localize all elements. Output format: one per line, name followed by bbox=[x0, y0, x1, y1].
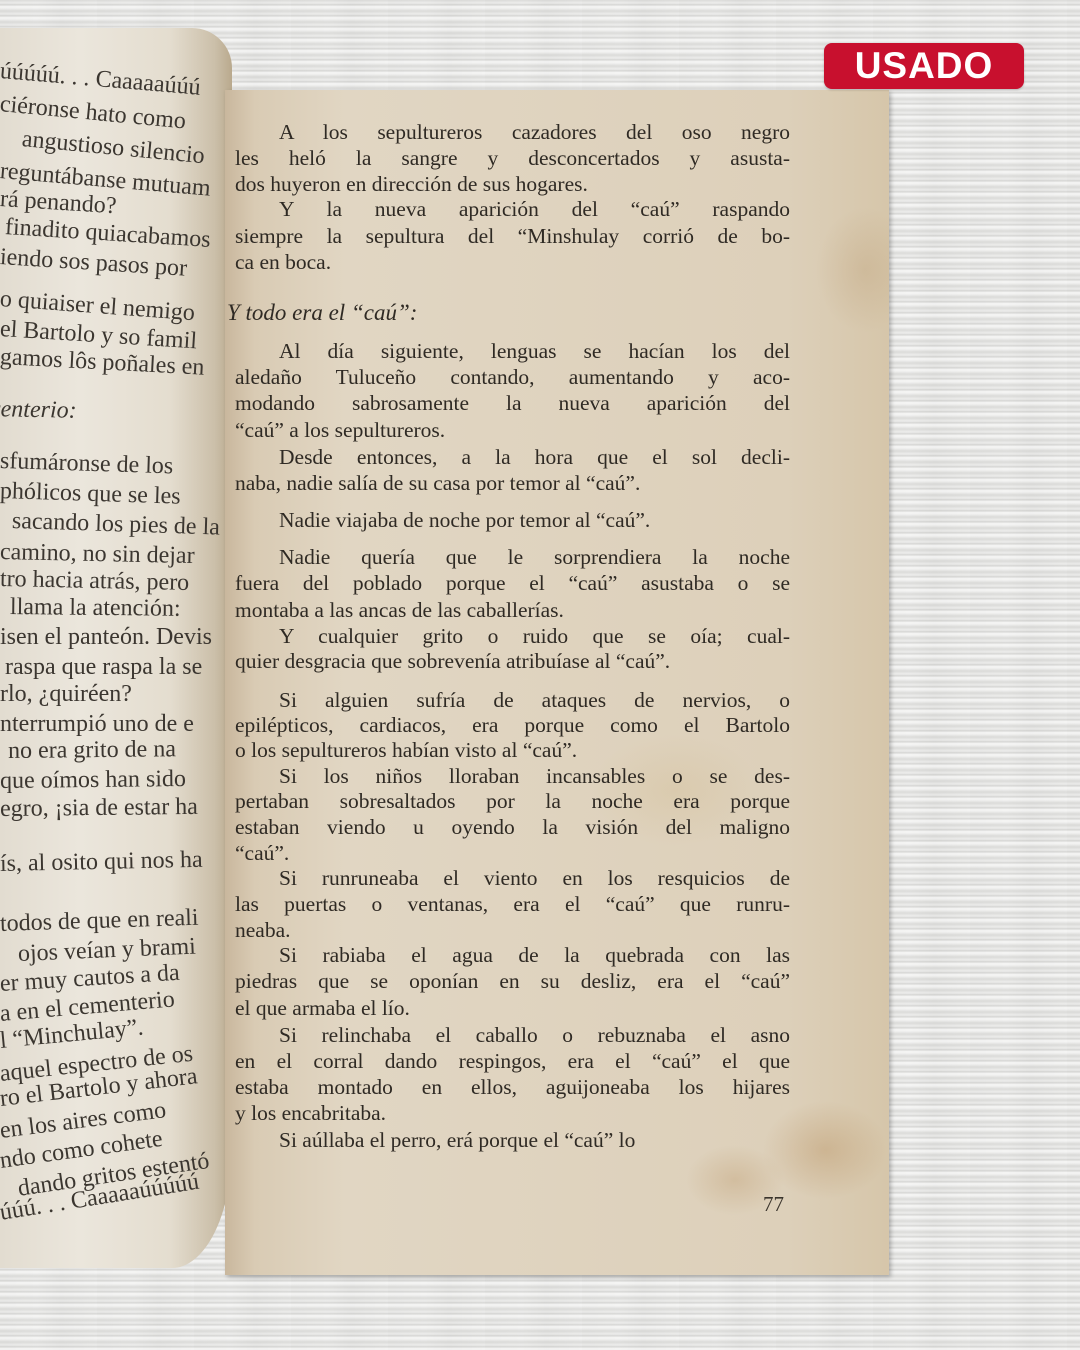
text-line: o los sepultureros habían visto al “caú”… bbox=[235, 738, 790, 764]
left-page-text-line: nterrumpió uno de e bbox=[0, 711, 194, 738]
section-heading: Y todo era el “caú”: bbox=[227, 300, 417, 326]
text-line: modando sabrosamente la nueva aparición … bbox=[235, 391, 790, 417]
text-line: A los sepultureros cazadores del oso neg… bbox=[235, 120, 790, 146]
text-line: fuera del poblado porque el “caú” asusta… bbox=[235, 571, 790, 597]
left-book-page: úúúúú. . . Caaaaaúúúciéronse hato comoan… bbox=[0, 28, 232, 1268]
text-line: naba, nadie salía de su casa por temor a… bbox=[235, 471, 790, 497]
left-page-text-line: isen el panteón. Devis bbox=[0, 624, 212, 651]
text-line: Desde entonces, a la hora que el sol dec… bbox=[235, 445, 790, 471]
left-page-text-line: sacando los pies de la bbox=[12, 508, 221, 542]
left-page-text-line: ís, al osito qui nos ha bbox=[0, 847, 203, 878]
text-line: Si relinchaba el caballo o rebuznaba el … bbox=[235, 1023, 790, 1049]
text-line: Al día siguiente, lenguas se hacían los … bbox=[235, 339, 790, 365]
text-line: les heló la sangre y desconcertados y as… bbox=[235, 146, 790, 172]
text-line: en el corral dando respingos, era el “ca… bbox=[235, 1049, 790, 1075]
text-line: Y cualquier grito o ruido que se oía; cu… bbox=[235, 624, 790, 650]
text-line: Si los niños lloraban incansables o se d… bbox=[235, 764, 790, 790]
left-page-text-line: que oímos han sido bbox=[0, 766, 186, 795]
left-page-text-line: todos de que en reali bbox=[0, 905, 199, 938]
left-page-text-line: rlo, ¿quiréen? bbox=[0, 681, 132, 708]
text-line: pertaban sobresaltados por la noche era … bbox=[235, 789, 790, 815]
text-line: Y la nueva aparición del “caú” raspando bbox=[235, 197, 790, 223]
text-line: Nadie quería que le sorprendiera la noch… bbox=[235, 545, 790, 571]
text-line: dos huyeron en dirección de sus hogares. bbox=[235, 172, 790, 198]
left-page-text-line: phólicos que se les bbox=[0, 478, 181, 511]
left-page-text-line: tro hacia atrás, pero bbox=[0, 566, 189, 597]
text-line: siempre la sepultura del “Minshulay corr… bbox=[235, 224, 790, 250]
text-line: estaba montado en ellos, aguijoneaba los… bbox=[235, 1075, 790, 1101]
text-line: Si aúllaba el perro, erá porque el “caú”… bbox=[235, 1128, 790, 1154]
text-line: “caú”. bbox=[235, 841, 790, 867]
text-line: Si runruneaba el viento en los resquicio… bbox=[235, 866, 790, 892]
text-line: Nadie viajaba de noche por temor al “caú… bbox=[235, 508, 790, 534]
left-page-text-line: raspa que raspa la se bbox=[5, 654, 202, 681]
left-page-text-line: camino, no sin dejar bbox=[0, 539, 195, 570]
text-line: aledaño Tuluceño contando, aumentando y … bbox=[235, 365, 790, 391]
text-line: el que armaba el lío. bbox=[235, 996, 790, 1022]
text-line: “caú” a los sepultureros. bbox=[235, 418, 790, 444]
text-line: neaba. bbox=[235, 918, 790, 944]
text-line: las puertas o ventanas, era el “caú” que… bbox=[235, 892, 790, 918]
text-line: montaba a las ancas de las caballerías. bbox=[235, 598, 790, 624]
left-page-text-line: egro, ¡sia de estar ha bbox=[0, 794, 198, 823]
text-line: Si rabiaba el agua de la quebrada con la… bbox=[235, 943, 790, 969]
text-line: ca en boca. bbox=[235, 250, 790, 276]
text-line: epilépticos, cardiacos, era porque como … bbox=[235, 713, 790, 739]
page-number: 77 bbox=[763, 1192, 784, 1217]
text-line: quier desgracia que sobrevenía atribuías… bbox=[235, 649, 790, 675]
text-line: estaban viendo u oyendo la visión del ma… bbox=[235, 815, 790, 841]
used-condition-badge: USADO bbox=[824, 43, 1024, 89]
left-page-text-line: sfumáronse de los bbox=[0, 448, 174, 480]
text-line: Si alguien sufría de ataques de nervios,… bbox=[235, 688, 790, 714]
text-line: y los encabritaba. bbox=[235, 1101, 790, 1127]
left-page-text-line: centerio: bbox=[0, 396, 77, 425]
left-page-text-line: no era grito de na bbox=[8, 736, 176, 765]
left-page-text-line: llama la atención: bbox=[10, 594, 181, 623]
text-line: piedras que se oponían en su desliz, era… bbox=[235, 969, 790, 995]
